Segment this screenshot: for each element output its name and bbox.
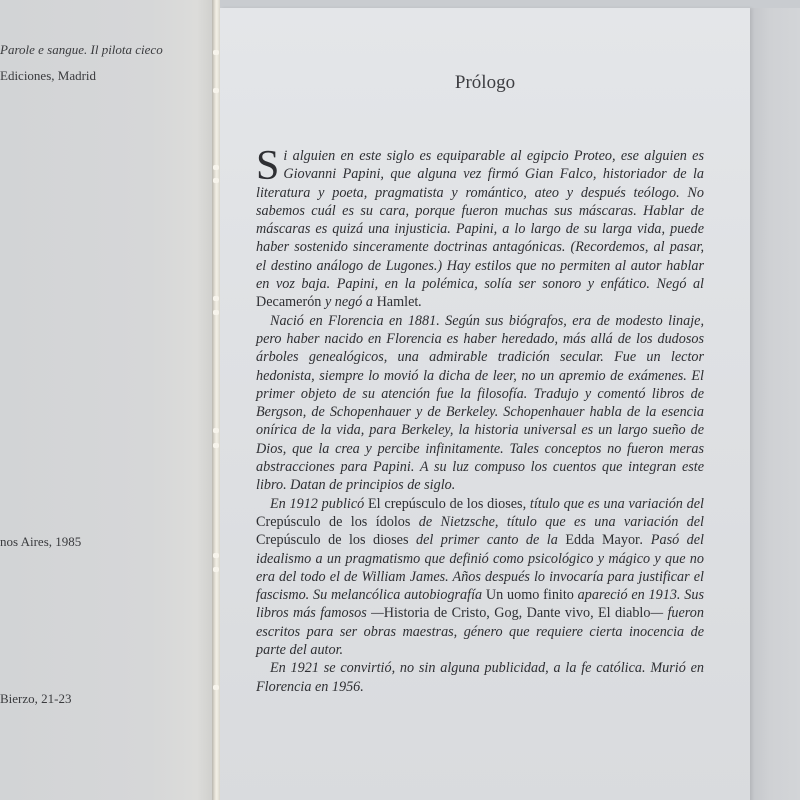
paragraph: En 1921 se convirtió, no sin alguna publ… (256, 659, 704, 696)
binding-stitch (213, 165, 219, 170)
text-segment: y negó a (321, 294, 376, 310)
book-gutter (212, 0, 220, 800)
right-page: Prólogo Si alguien en este siglo es equi… (220, 8, 750, 800)
paragraph: En 1912 publicó El crepúsculo de los dio… (256, 495, 704, 660)
binding-stitch (213, 443, 219, 448)
left-page: Parole e sangue. Il pilota cieco Edicion… (0, 0, 214, 800)
paragraph: Si alguien en este siglo es equiparable … (256, 147, 704, 312)
left-page-line: Parole e sangue. Il pilota cieco (0, 42, 163, 58)
text-segment: i alguien en este siglo es equiparable a… (256, 148, 704, 292)
text-segment: de Nietzsche, título que es una variació… (410, 514, 704, 530)
binding-stitch (213, 553, 219, 558)
text-segment: . (418, 294, 422, 310)
prologue-body: Si alguien en este siglo es equiparable … (256, 147, 704, 696)
book-title-segment: Historia de Cristo, Gog, Dante vivo, El … (384, 605, 651, 621)
book-title-segment: Edda Mayor (565, 532, 639, 548)
book-title-segment: Crepúsculo de los dioses (256, 532, 409, 548)
text-segment: En 1912 publicó (270, 496, 368, 512)
left-page-line: Ediciones, Madrid (0, 68, 96, 84)
page-title: Prólogo (220, 72, 750, 94)
book-title-segment: Crepúsculo de los ídolos (256, 514, 410, 530)
left-page-line: nos Aires, 1985 (0, 534, 81, 550)
binding-stitch (213, 296, 219, 301)
book-title-segment: Decamerón (256, 294, 321, 310)
left-page-line: Bierzo, 21-23 (0, 691, 71, 707)
binding-stitch (213, 50, 219, 55)
book-title-segment: El crepúsculo de los dioses (368, 496, 523, 512)
binding-stitch (213, 310, 219, 315)
book-title-segment: Hamlet (377, 294, 419, 310)
text-segment: , título que es una variación del (523, 496, 704, 512)
binding-stitch (213, 428, 219, 433)
text-segment: En 1921 se convirtió, no sin alguna publ… (256, 660, 704, 694)
binding-stitch (213, 567, 219, 572)
book-title-segment: Un uomo finito (486, 587, 574, 603)
paragraph: Nació en Florencia en 1881. Según sus bi… (256, 312, 704, 495)
text-segment: Nació en Florencia en 1881. Según sus bi… (256, 313, 704, 494)
text-segment: del primer canto de la (409, 532, 566, 548)
page-stack-edge (750, 8, 800, 800)
binding-stitch (213, 88, 219, 93)
binding-stitch (213, 178, 219, 183)
drop-cap: S (256, 149, 279, 183)
binding-stitch (213, 685, 219, 690)
